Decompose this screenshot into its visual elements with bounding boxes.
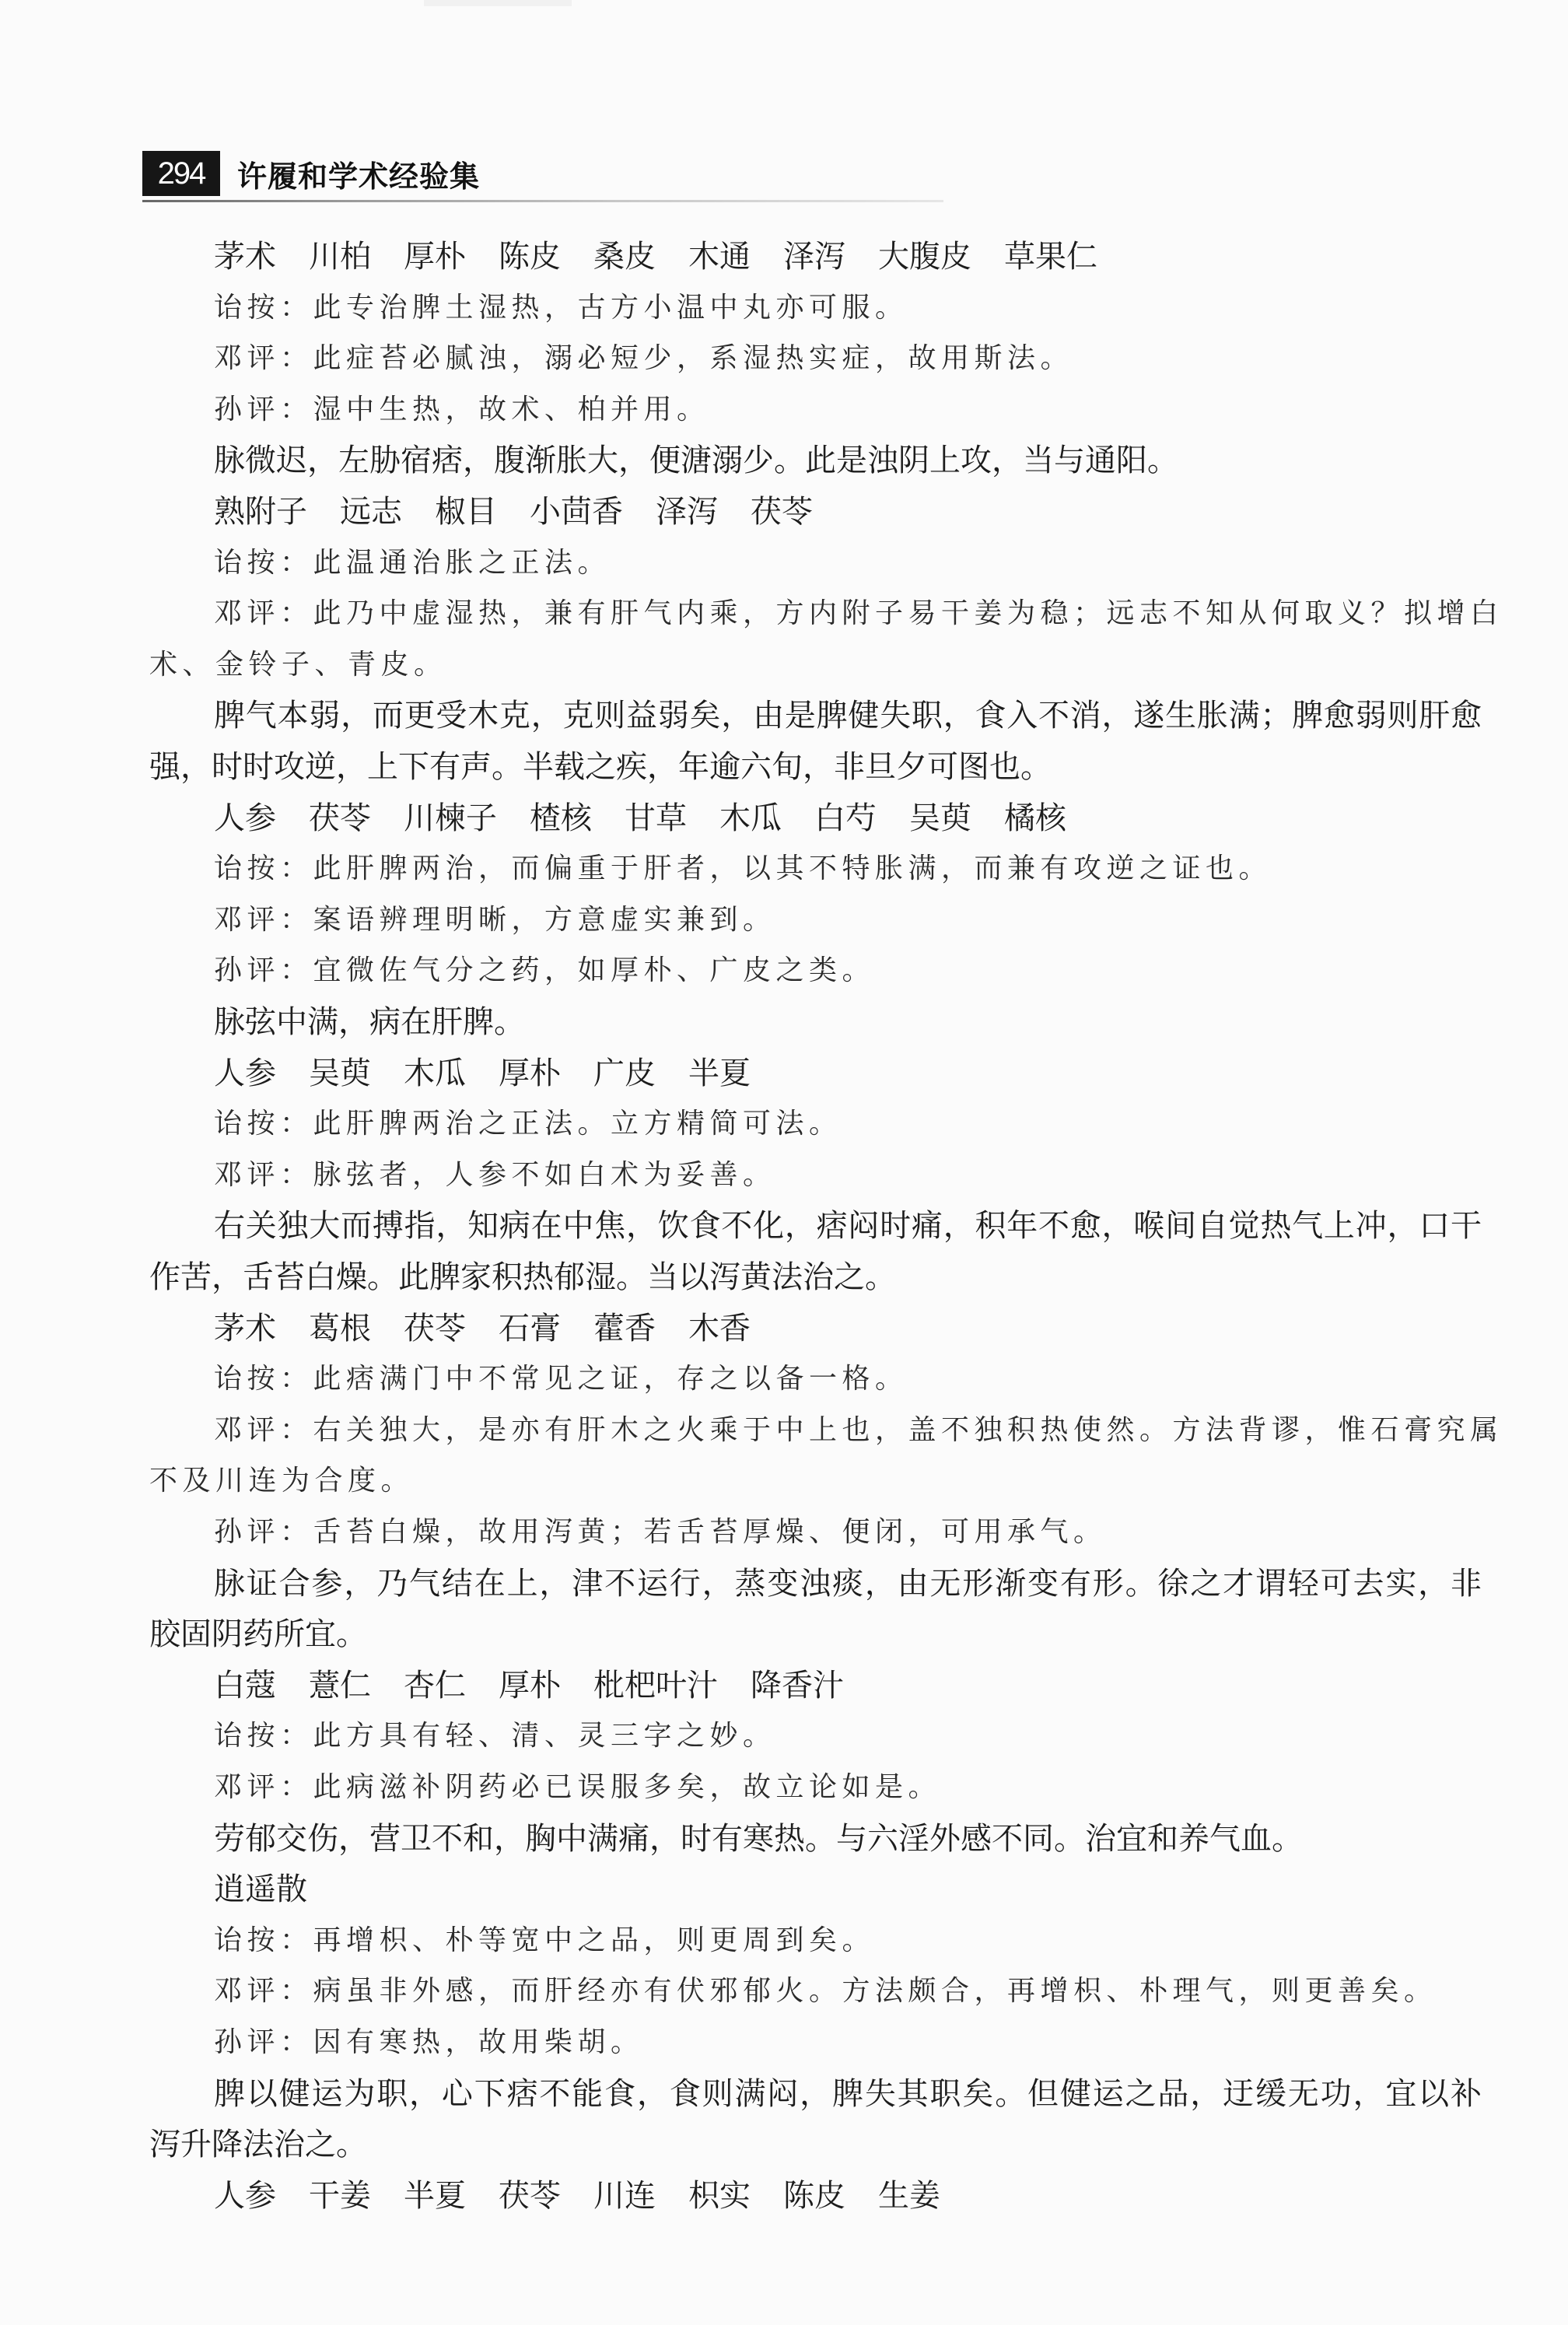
herb-name: 茯苓 <box>499 2178 561 2214</box>
prescription-line: 人参茯苓川楝子楂核甘草木瓜白芍吴萸橘核 <box>214 793 1066 844</box>
herb-name: 茅术 <box>214 1311 276 1346</box>
herb-name: 吴萸 <box>909 800 971 836</box>
herb-name: 远志 <box>340 494 402 530</box>
herb-name: 白蔻 <box>214 1668 276 1703</box>
commentary-line: 邓评：病虽非外感，而肝经亦有伏邪郁火。方法颇合，再增枳、朴理气，则更善矣。 <box>214 1966 1437 2017</box>
herb-name: 人参 <box>214 2178 276 2214</box>
commentary-line: 邓评：此症苔必腻浊，溺必短少，系湿热实症，故用斯法。 <box>214 333 1073 384</box>
herb-name: 石膏 <box>499 1311 561 1346</box>
herb-name: 木瓜 <box>404 1056 466 1091</box>
herb-name: 杏仁 <box>404 1668 466 1703</box>
herb-name: 白芍 <box>814 800 877 836</box>
herb-name: 薏仁 <box>309 1668 371 1703</box>
herb-name: 茅术 <box>214 239 276 275</box>
header-rule <box>142 200 943 202</box>
running-header: 294 许履和学术经验集 <box>142 150 480 197</box>
prescription-line: 逍遥散 <box>214 1864 307 1915</box>
herb-name: 陈皮 <box>783 2178 845 2214</box>
commentary-line: 诒按：此专治脾土湿热，古方小温中丸亦可服。 <box>214 282 908 334</box>
prescription-line: 人参干姜半夏茯苓川连枳实陈皮生姜 <box>214 2170 940 2222</box>
prescription-line: 茅术川柏厚朴陈皮桑皮木通泽泻大腹皮草果仁 <box>214 231 1097 282</box>
herb-name: 川柏 <box>309 239 371 275</box>
case-text-continuation: 胶固阴药所宜。 <box>149 1609 367 1660</box>
herb-name: 干姜 <box>309 2178 371 2214</box>
commentary-line: 诒按：此痞满门中不常见之证，存之以备一格。 <box>214 1353 908 1405</box>
herb-name: 茯苓 <box>309 800 371 836</box>
herb-name: 厚朴 <box>499 1668 561 1703</box>
case-text-line: 脉证合参，乃气结在上，津不运行，蒸变浊痰，由无形渐变有形。徐之才谓轻可去实，非 <box>214 1558 1482 1609</box>
herb-name: 桑皮 <box>593 239 656 275</box>
herb-name: 熟附子 <box>214 494 307 530</box>
herb-name: 枳实 <box>688 2178 751 2214</box>
commentary-line: 诒按：再增枳、朴等宽中之品，则更周到矣。 <box>214 1915 875 1966</box>
herb-name: 半夏 <box>404 2178 466 2214</box>
commentary-line: 诒按：此温通治胀之正法。 <box>214 537 611 589</box>
herb-name: 木通 <box>688 239 751 275</box>
herb-name: 陈皮 <box>499 239 561 275</box>
commentary-line: 孙评：因有寒热，故用柴胡。 <box>214 2017 644 2068</box>
commentary-line: 诒按：此方具有轻、清、灵三字之妙。 <box>214 1710 776 1762</box>
herb-name: 茯苓 <box>404 1311 466 1346</box>
commentary-line: 邓评：案语辨理明晰，方意虚实兼到。 <box>214 895 776 946</box>
herb-name: 藿香 <box>593 1311 656 1346</box>
herb-name: 川楝子 <box>404 800 497 836</box>
herb-name: 泽泻 <box>656 494 718 530</box>
case-text-continuation: 泻升降法治之。 <box>149 2119 367 2170</box>
herb-name: 厚朴 <box>499 1056 561 1091</box>
herb-name: 木瓜 <box>719 800 782 836</box>
commentary-line: 诒按：此肝脾两治，而偏重于肝者，以其不特胀满，而兼有攻逆之证也。 <box>214 843 1272 895</box>
herb-name: 葛根 <box>309 1311 371 1346</box>
herb-name: 茯苓 <box>751 494 813 530</box>
case-text-continuation: 作苦，舌苔白燥。此脾家积热郁湿。当以泻黄法治之。 <box>149 1252 896 1303</box>
commentary-line: 邓评：脉弦者，人参不如白术为妥善。 <box>214 1150 776 1201</box>
prescription-line: 白蔻薏仁杏仁厚朴枇杷叶汁降香汁 <box>214 1660 844 1711</box>
herb-name: 川连 <box>593 2178 656 2214</box>
scan-artifact <box>424 0 572 6</box>
herb-name: 草果仁 <box>1004 239 1097 275</box>
commentary-line: 邓评：此乃中虚湿热，兼有肝气内乘，方内附子易干姜为稳；远志不知从何取义？拟增白 <box>214 588 1482 639</box>
case-text-continuation: 强，时时攻逆，上下有声。半载之疾，年逾六旬，非旦夕可图也。 <box>149 741 1052 793</box>
commentary-continuation: 术、金铃子、青皮。 <box>149 639 447 691</box>
prescription-line: 茅术葛根茯苓石膏藿香木香 <box>214 1303 751 1354</box>
herb-name: 小茴香 <box>530 494 623 530</box>
herb-name: 广皮 <box>593 1056 656 1091</box>
herb-name: 人参 <box>214 1056 276 1091</box>
herb-name: 逍遥散 <box>214 1872 307 1907</box>
case-text-line: 脾以健运为职，心下痞不能食，食则满闷，脾失其职矣。但健运之品，迂缓无功，宜以补 <box>214 2068 1482 2120</box>
prescription-line: 熟附子远志椒目小茴香泽泻茯苓 <box>214 486 813 537</box>
case-text-line: 劳郁交伤，营卫不和，胸中满痛，时有寒热。与六淫外感不同。治宜和养气血。 <box>214 1813 1303 1865</box>
herb-name: 厚朴 <box>404 239 466 275</box>
herb-name: 生姜 <box>878 2178 940 2214</box>
commentary-line: 诒按：此肝脾两治之正法。立方精简可法。 <box>214 1098 842 1150</box>
commentary-line: 邓评：此病滋补阴药必已误服多矣，故立论如是。 <box>214 1762 941 1813</box>
commentary-line: 孙评：宜微佐气分之药，如厚朴、广皮之类。 <box>214 945 875 996</box>
herb-name: 半夏 <box>688 1056 751 1091</box>
herb-name: 甘草 <box>625 800 687 836</box>
herb-name: 人参 <box>214 800 276 836</box>
herb-name: 枇杷叶汁 <box>593 1668 718 1703</box>
case-text-line: 脾气本弱，而更受木克，克则益弱矣，由是脾健失职，食入不消，遂生胀满；脾愈弱则肝愈 <box>214 690 1482 741</box>
page-number-badge: 294 <box>142 151 220 196</box>
herb-name: 降香汁 <box>751 1668 844 1703</box>
herb-name: 楂核 <box>530 800 592 836</box>
case-text-line: 脉微迟，左胁宿痞，腹渐胀大，便溏溺少。此是浊阴上攻，当与通阳。 <box>214 435 1178 486</box>
herb-name: 大腹皮 <box>878 239 971 275</box>
commentary-line: 邓评：右关独大，是亦有肝木之火乘于中上也，盖不独积热使然。方法背谬，惟石膏究属 <box>214 1405 1482 1456</box>
herb-name: 橘核 <box>1004 800 1066 836</box>
herb-name: 泽泻 <box>783 239 845 275</box>
commentary-line: 孙评：舌苔白燥，故用泻黄；若舌苔厚燥、便闭，可用承气。 <box>214 1507 1107 1558</box>
case-text-line: 脉弦中满，病在肝脾。 <box>214 996 525 1048</box>
commentary-continuation: 不及川连为合度。 <box>149 1455 414 1507</box>
prescription-line: 人参吴萸木瓜厚朴广皮半夏 <box>214 1048 751 1099</box>
case-text-line: 右关独大而搏指，知病在中焦，饮食不化，痞闷时痛，积年不愈，喉间自觉热气上冲，口干 <box>214 1200 1482 1252</box>
herb-name: 吴萸 <box>309 1056 371 1091</box>
book-title: 许履和学术经验集 <box>237 152 480 195</box>
herb-name: 木香 <box>688 1311 751 1346</box>
commentary-line: 孙评：湿中生热，故术、柏并用。 <box>214 384 710 436</box>
herb-name: 椒目 <box>435 494 497 530</box>
